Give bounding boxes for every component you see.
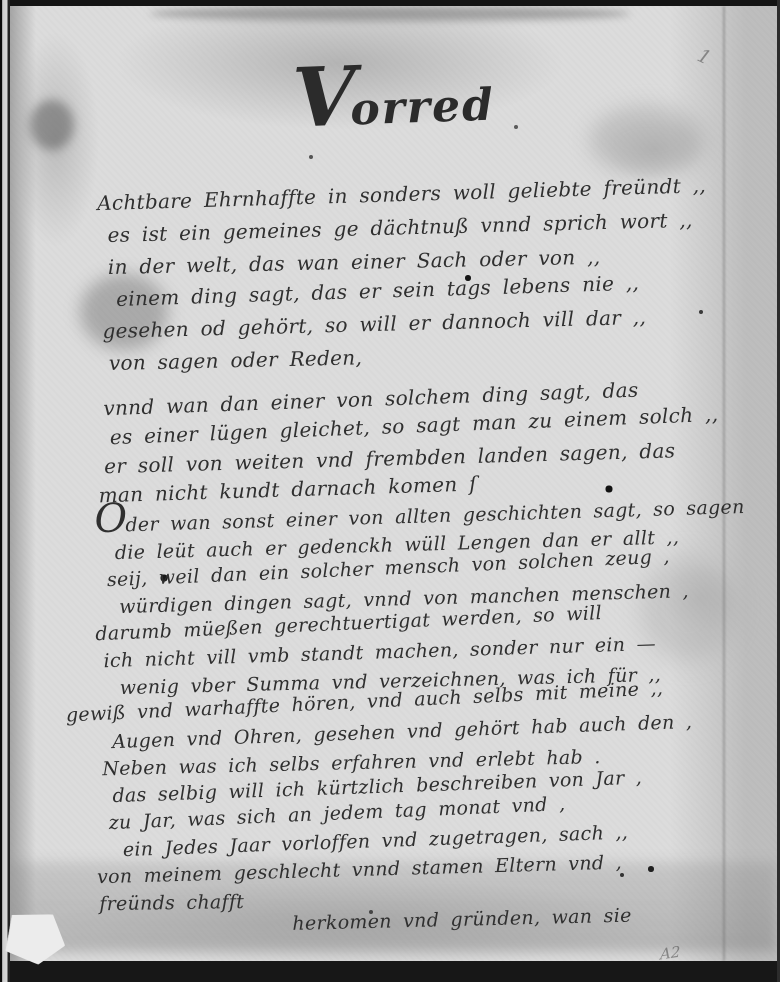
page-text: Vorred 1 Achtbare Ehrnhaffte in sonders … — [10, 6, 777, 961]
manuscript-page: Vorred 1 Achtbare Ehrnhaffte in sonders … — [10, 6, 777, 961]
page-title: Vorred — [9, 35, 779, 157]
book-spine-edge — [0, 0, 10, 982]
manuscript-scan: Vorred 1 Achtbare Ehrnhaffte in sonders … — [0, 0, 780, 982]
scan-border-top — [0, 0, 780, 6]
scan-border-bottom — [0, 961, 780, 982]
paragraph-1: Achtbare Ehrnhaffte in sonders woll geli… — [91, 181, 708, 379]
paragraph-3: Oder wan sonst einer von allten geschich… — [94, 502, 747, 940]
